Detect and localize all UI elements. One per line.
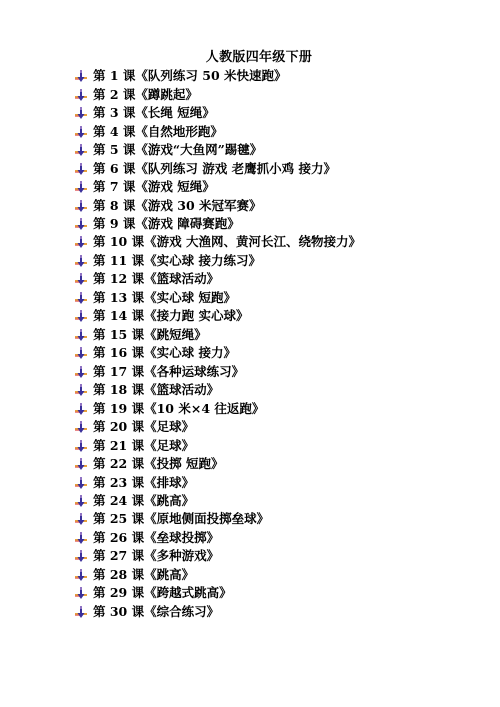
down-arrow-bar-icon bbox=[74, 309, 88, 323]
lesson-number: 第 30 课 bbox=[93, 603, 144, 621]
lesson-name: 《10 米×4 往返跑》 bbox=[144, 400, 264, 418]
lesson-item: 第 19 课 《10 米×4 往返跑》 bbox=[74, 399, 361, 417]
down-arrow-bar-icon bbox=[74, 457, 88, 471]
lesson-number: 第 28 课 bbox=[93, 566, 144, 584]
lesson-name: 《足球》 bbox=[144, 418, 194, 436]
lesson-number: 第 6 课 bbox=[93, 160, 135, 178]
lesson-name: 《队列练习 50 米快速跑》 bbox=[135, 67, 286, 85]
lesson-number: 第 23 课 bbox=[93, 474, 144, 492]
lesson-number: 第 16 课 bbox=[93, 344, 144, 362]
down-arrow-bar-icon bbox=[74, 180, 88, 194]
lesson-number: 第 3 课 bbox=[93, 104, 135, 122]
down-arrow-bar-icon bbox=[74, 106, 88, 120]
lesson-number: 第 4 课 bbox=[93, 123, 135, 141]
lesson-number: 第 25 课 bbox=[93, 510, 144, 528]
down-arrow-bar-icon bbox=[74, 162, 88, 176]
down-arrow-bar-icon bbox=[74, 568, 88, 582]
lesson-name: 《游戏“大鱼网”踢毽》 bbox=[135, 141, 262, 159]
down-arrow-bar-icon bbox=[74, 365, 88, 379]
lesson-number: 第 18 课 bbox=[93, 381, 144, 399]
lesson-item: 第 13 课 《实心球 短跑》 bbox=[74, 289, 361, 307]
down-arrow-bar-icon bbox=[74, 420, 88, 434]
down-arrow-bar-icon bbox=[74, 143, 88, 157]
lesson-name: 《跳短绳》 bbox=[144, 326, 207, 344]
lesson-item: 第 15 课 《跳短绳》 bbox=[74, 326, 361, 344]
lesson-number: 第 20 课 bbox=[93, 418, 144, 436]
lesson-item: 第 1 课 《队列练习 50 米快速跑》 bbox=[74, 67, 361, 85]
lesson-number: 第 8 课 bbox=[93, 197, 135, 215]
down-arrow-bar-icon bbox=[74, 125, 88, 139]
lesson-item: 第 2 课 《蹲跳起》 bbox=[74, 85, 361, 103]
lesson-item: 第 29 课 《跨越式跳高》 bbox=[74, 584, 361, 602]
lesson-number: 第 27 课 bbox=[93, 547, 144, 565]
lesson-name: 《篮球活动》 bbox=[144, 381, 219, 399]
down-arrow-bar-icon bbox=[74, 586, 88, 600]
lesson-name: 《篮球活动》 bbox=[144, 270, 219, 288]
lesson-name: 《实心球 接力练习》 bbox=[144, 252, 261, 270]
lesson-item: 第 22 课 《投掷 短跑》 bbox=[74, 455, 361, 473]
lesson-name: 《原地侧面投掷垒球》 bbox=[144, 510, 269, 528]
lesson-number: 第 7 课 bbox=[93, 178, 135, 196]
lesson-item: 第 10 课 《游戏 大渔网、黄河长江、绕物接力》 bbox=[74, 233, 361, 251]
lesson-item: 第 23 课 《排球》 bbox=[74, 473, 361, 491]
lesson-number: 第 14 课 bbox=[93, 307, 144, 325]
lesson-name: 《跳高》 bbox=[144, 566, 194, 584]
down-arrow-bar-icon bbox=[74, 512, 88, 526]
lesson-number: 第 24 课 bbox=[93, 492, 144, 510]
down-arrow-bar-icon bbox=[74, 494, 88, 508]
lesson-name: 《各种运球练习》 bbox=[144, 363, 244, 381]
lesson-name: 《实心球 接力》 bbox=[144, 344, 236, 362]
lesson-name: 《队列练习 游戏 老鹰抓小鸡 接力》 bbox=[135, 160, 336, 178]
lesson-number: 第 13 课 bbox=[93, 289, 144, 307]
lesson-item: 第 21 课 《足球》 bbox=[74, 436, 361, 454]
down-arrow-bar-icon bbox=[74, 291, 88, 305]
lesson-name: 《实心球 短跑》 bbox=[144, 289, 236, 307]
lesson-number: 第 10 课 bbox=[93, 233, 144, 251]
lesson-name: 《跨越式跳高》 bbox=[144, 584, 232, 602]
lesson-item: 第 18 课 《篮球活动》 bbox=[74, 381, 361, 399]
lesson-name: 《游戏 大渔网、黄河长江、绕物接力》 bbox=[144, 233, 361, 251]
down-arrow-bar-icon bbox=[74, 605, 88, 619]
down-arrow-bar-icon bbox=[74, 383, 88, 397]
lesson-name: 《排球》 bbox=[144, 474, 194, 492]
lesson-number: 第 12 课 bbox=[93, 270, 144, 288]
lesson-name: 《综合练习》 bbox=[144, 603, 219, 621]
down-arrow-bar-icon bbox=[74, 346, 88, 360]
lesson-number: 第 1 课 bbox=[93, 67, 135, 85]
lesson-item: 第 28 课 《跳高》 bbox=[74, 566, 361, 584]
document-title: 人教版四年级下册 bbox=[0, 50, 500, 66]
lesson-item: 第 8 课 《游戏 30 米冠军赛》 bbox=[74, 196, 361, 214]
lesson-item: 第 24 课 《跳高》 bbox=[74, 492, 361, 510]
lesson-item: 第 4 课 《自然地形跑》 bbox=[74, 122, 361, 140]
lesson-item: 第 11 课 《实心球 接力练习》 bbox=[74, 252, 361, 270]
lesson-name: 《游戏 短绳》 bbox=[135, 178, 214, 196]
lesson-item: 第 20 课 《足球》 bbox=[74, 418, 361, 436]
lesson-name: 《跳高》 bbox=[144, 492, 194, 510]
document-page: 人教版四年级下册 第 1 课 《队列练习 50 米快速跑》 第 2 课 《蹲跳 bbox=[0, 0, 500, 707]
down-arrow-bar-icon bbox=[74, 217, 88, 231]
lesson-name: 《游戏 障碍赛跑》 bbox=[135, 215, 239, 233]
lesson-list: 第 1 课 《队列练习 50 米快速跑》 第 2 课 《蹲跳起》 第 3 课 bbox=[74, 67, 361, 621]
lesson-item: 第 7 课 《游戏 短绳》 bbox=[74, 178, 361, 196]
lesson-name: 《多种游戏》 bbox=[144, 547, 219, 565]
lesson-item: 第 30 课 《综合练习》 bbox=[74, 603, 361, 621]
lesson-name: 《长绳 短绳》 bbox=[135, 104, 214, 122]
down-arrow-bar-icon bbox=[74, 235, 88, 249]
lesson-item: 第 9 课 《游戏 障碍赛跑》 bbox=[74, 215, 361, 233]
down-arrow-bar-icon bbox=[74, 199, 88, 213]
lesson-number: 第 21 课 bbox=[93, 437, 144, 455]
lesson-number: 第 9 课 bbox=[93, 215, 135, 233]
lesson-item: 第 3 课 《长绳 短绳》 bbox=[74, 104, 361, 122]
lesson-item: 第 6 课 《队列练习 游戏 老鹰抓小鸡 接力》 bbox=[74, 159, 361, 177]
lesson-item: 第 17 课 《各种运球练习》 bbox=[74, 363, 361, 381]
down-arrow-bar-icon bbox=[74, 549, 88, 563]
down-arrow-bar-icon bbox=[74, 402, 88, 416]
down-arrow-bar-icon bbox=[74, 88, 88, 102]
lesson-name: 《垒球投掷》 bbox=[144, 529, 219, 547]
down-arrow-bar-icon bbox=[74, 272, 88, 286]
lesson-number: 第 26 课 bbox=[93, 529, 144, 547]
lesson-number: 第 19 课 bbox=[93, 400, 144, 418]
lesson-name: 《蹲跳起》 bbox=[135, 86, 198, 104]
lesson-name: 《投掷 短跑》 bbox=[144, 455, 223, 473]
lesson-item: 第 5 课 《游戏“大鱼网”踢毽》 bbox=[74, 141, 361, 159]
lesson-number: 第 22 课 bbox=[93, 455, 144, 473]
down-arrow-bar-icon bbox=[74, 439, 88, 453]
lesson-item: 第 14 课 《接力跑 实心球》 bbox=[74, 307, 361, 325]
lesson-number: 第 2 课 bbox=[93, 86, 135, 104]
down-arrow-bar-icon bbox=[74, 476, 88, 490]
lesson-name: 《游戏 30 米冠军赛》 bbox=[135, 197, 261, 215]
down-arrow-bar-icon bbox=[74, 531, 88, 545]
lesson-number: 第 15 课 bbox=[93, 326, 144, 344]
lesson-name: 《自然地形跑》 bbox=[135, 123, 223, 141]
down-arrow-bar-icon bbox=[74, 69, 88, 83]
lesson-number: 第 5 课 bbox=[93, 141, 135, 159]
lesson-item: 第 25 课 《原地侧面投掷垒球》 bbox=[74, 510, 361, 528]
lesson-item: 第 27 课 《多种游戏》 bbox=[74, 547, 361, 565]
lesson-item: 第 26 课 《垒球投掷》 bbox=[74, 529, 361, 547]
lesson-name: 《接力跑 实心球》 bbox=[144, 307, 248, 325]
lesson-item: 第 16 课 《实心球 接力》 bbox=[74, 344, 361, 362]
down-arrow-bar-icon bbox=[74, 254, 88, 268]
lesson-number: 第 17 课 bbox=[93, 363, 144, 381]
lesson-item: 第 12 课 《篮球活动》 bbox=[74, 270, 361, 288]
lesson-name: 《足球》 bbox=[144, 437, 194, 455]
down-arrow-bar-icon bbox=[74, 328, 88, 342]
lesson-number: 第 29 课 bbox=[93, 584, 144, 602]
lesson-number: 第 11 课 bbox=[93, 252, 144, 270]
